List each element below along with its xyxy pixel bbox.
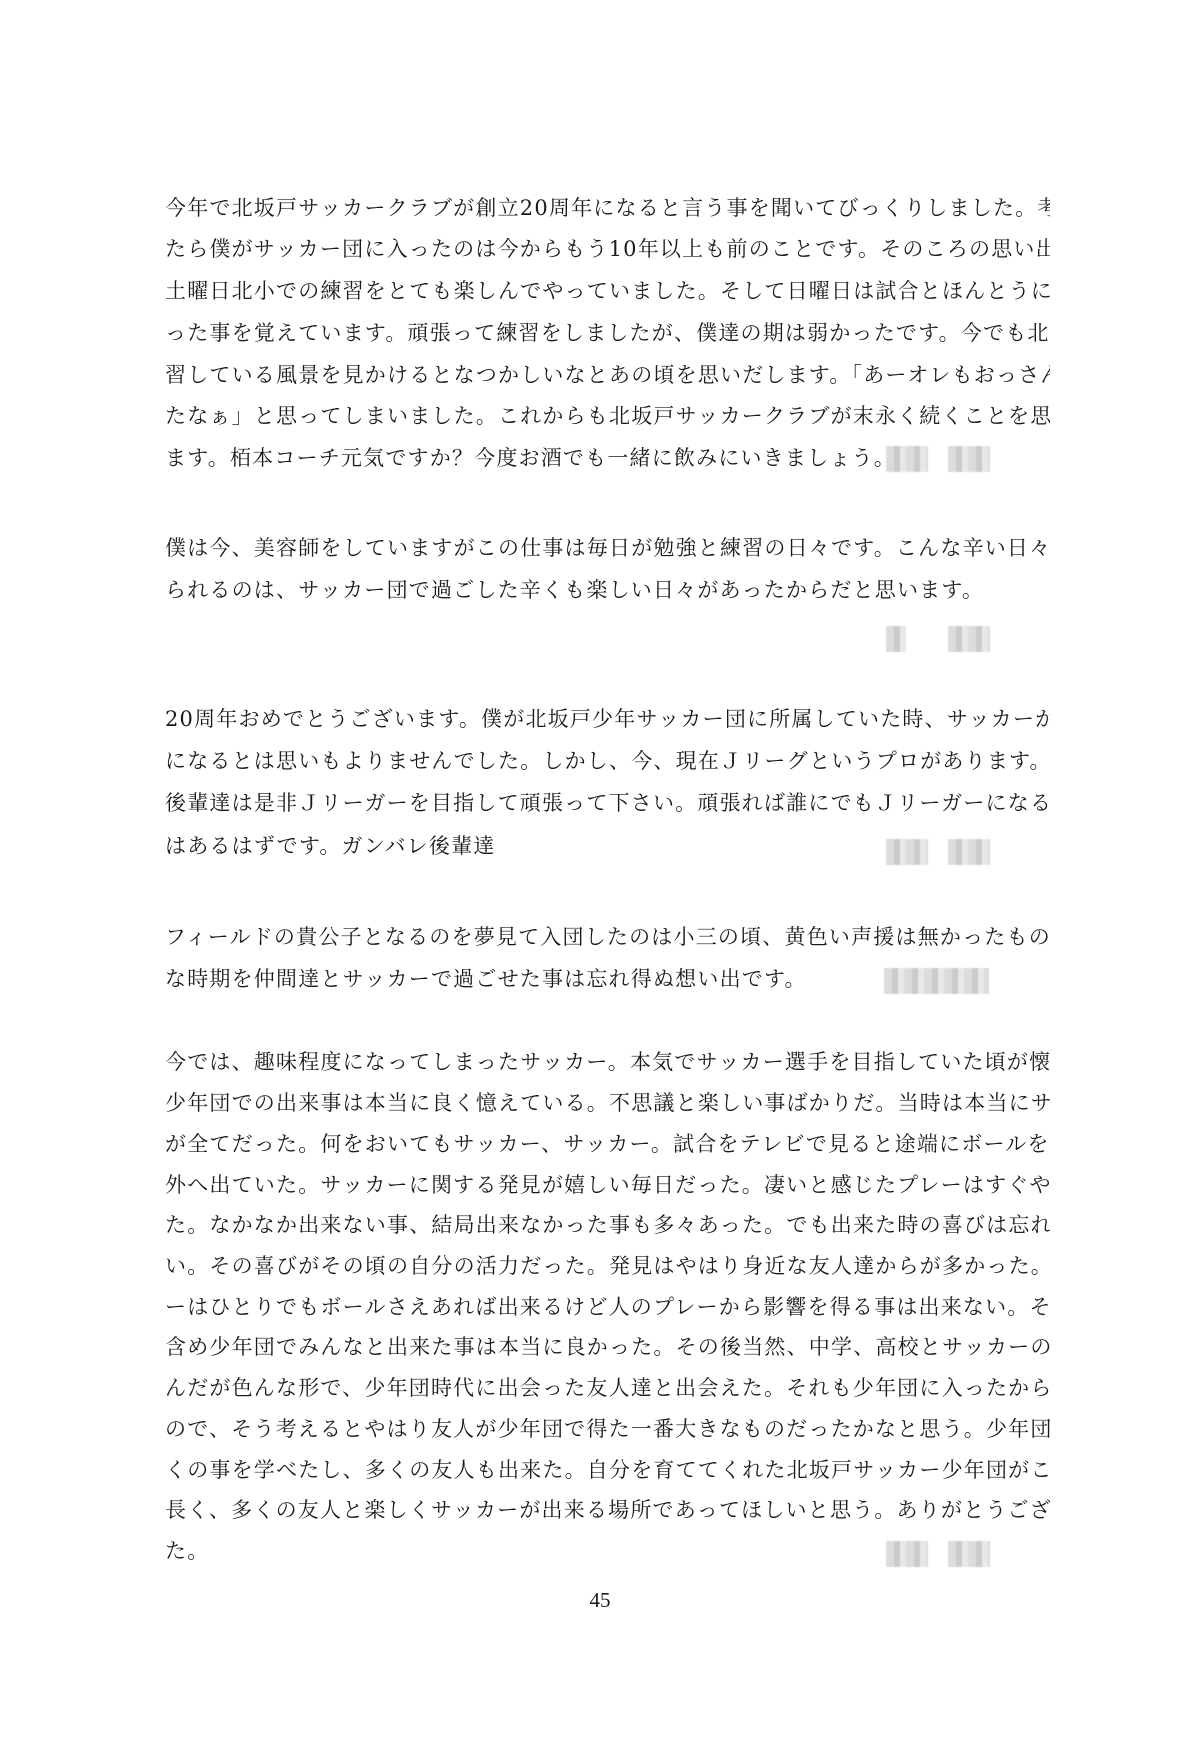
document-page: 今年で北坂戸サッカークラブが創立20周年になると言う事を聞いてびっくりしました。… bbox=[0, 0, 1200, 1746]
text-line: 20周年おめでとうございます。僕が北坂戸少年サッカー団に所属していた時、サッカー… bbox=[165, 704, 1050, 734]
redaction-block bbox=[886, 446, 928, 472]
text-line: ので、そう考えるとやはり友人が少年団で得た一番大きなものだったかなと思う。少年団… bbox=[165, 1414, 1050, 1444]
text-line: ーはひとりでもボールさえあれば出来るけど人のプレーから影響を得る事は出来ない。そ… bbox=[165, 1292, 1050, 1322]
redaction-block bbox=[886, 626, 906, 652]
text-line: 今では、趣味程度になってしまったサッカー。本気でサッカー選手を目指していた頃が懐… bbox=[165, 1047, 1050, 1077]
signature-redacted bbox=[884, 968, 989, 994]
text-line: 僕は今、美容師をしていますがこの仕事は毎日が勉強と練習の日々です。こんな辛い日々… bbox=[165, 533, 1050, 563]
redaction-block bbox=[948, 1541, 990, 1567]
signature-redacted bbox=[886, 446, 990, 472]
text-line: った事を覚えています。頑張って練習をしましたが、僕達の期は弱かったです。今でも北… bbox=[165, 318, 1050, 348]
redaction-block bbox=[948, 446, 990, 472]
text-line: 含め少年団でみんなと出来た事は本当に良かった。その後当然、中学、高校とサッカーの… bbox=[165, 1332, 1050, 1362]
text-line: た。なかなか出来ない事、結局出来なかった事も多々あった。でも出来た時の喜びは忘れ… bbox=[165, 1210, 1050, 1240]
text-line: 少年団での出来事は本当に良く憶えている。不思議と楽しい事ばかりだ。当時は本当にサ… bbox=[165, 1088, 1050, 1118]
text-line: くの事を学べたし、多くの友人も出来た。自分を育ててくれた北坂戸サッカー少年団がこ… bbox=[165, 1455, 1050, 1485]
redaction-block bbox=[948, 626, 990, 652]
text-line: になるとは思いもよりませんでした。しかし、今、現在Ｊリーグというプロがあります。… bbox=[165, 746, 1050, 776]
text-line: 長く、多くの友人と楽しくサッカーが出来る場所であってほしいと思う。ありがとうござ… bbox=[165, 1495, 1050, 1525]
signature-redacted bbox=[886, 626, 990, 652]
signature-redacted bbox=[886, 839, 990, 865]
redaction-block bbox=[884, 968, 989, 994]
signature-redacted bbox=[886, 1541, 990, 1567]
text-line: たら僕がサッカー団に入ったのは今からもう10年以上も前のことです。そのころの思い… bbox=[165, 234, 1050, 264]
redaction-block bbox=[886, 839, 928, 865]
text-line: たなぁ」と思ってしまいました。これからも北坂戸サッカークラブが末永く続くことを思… bbox=[165, 401, 1050, 431]
text-line: 土曜日北小での練習をとても楽しんでやっていました。そして日曜日は試合とほんとうに… bbox=[165, 276, 1050, 306]
page-number: 45 bbox=[0, 1588, 1200, 1613]
text-line: い。その喜びがその頃の自分の活力だった。発見はやはり身近な友人達からが多かった。… bbox=[165, 1251, 1050, 1281]
text-line: 外へ出ていた。サッカーに関する発見が嬉しい毎日だった。凄いと感じたプレーはすぐや… bbox=[165, 1170, 1050, 1200]
text-line: 後輩達は是非Ｊリーガーを目指して頑張って下さい。頑張れば誰にでもＪリーガーになる… bbox=[165, 788, 1050, 818]
redaction-block bbox=[886, 1541, 928, 1567]
text-line: 今年で北坂戸サッカークラブが創立20周年になると言う事を聞いてびっくりしました。… bbox=[165, 193, 1050, 223]
text-line: フィールドの貴公子となるのを夢見て入団したのは小三の頃、黄色い声援は無かったもの… bbox=[165, 922, 1050, 952]
text-line: が全てだった。何をおいてもサッカー、サッカー。試合をテレビで見ると途端にボールを… bbox=[165, 1129, 1050, 1159]
text-line: んだが色んな形で、少年団時代に出会った友人達と出会えた。それも少年団に入ったから… bbox=[165, 1373, 1050, 1403]
redaction-block bbox=[948, 839, 990, 865]
text-line: られるのは、サッカー団で過ごした辛くも楽しい日々があったからだと思います。 bbox=[165, 575, 1050, 605]
text-line: 習している風景を見かけるとなつかしいなとあの頃を思いだします。「あーオレもおっさ… bbox=[165, 360, 1050, 390]
